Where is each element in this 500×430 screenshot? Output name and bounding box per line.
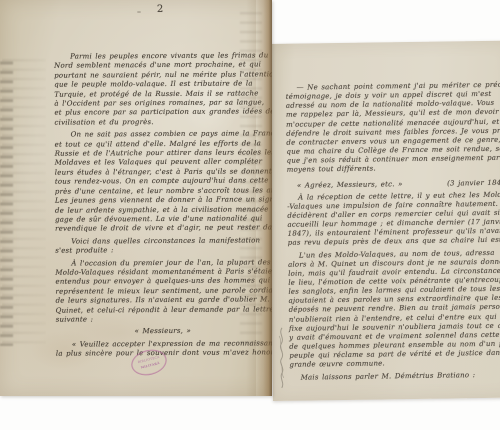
manuscript-page-right: — Ne sachant point comment j'ai pu mérit… [268,41,500,401]
left-page-text: Parmi les peuples encore vivants que les… [54,51,270,359]
right-page-text: — Ne sachant point comment j'ai pu mérit… [286,81,500,383]
manuscript-line: pas revu depuis près de deux ans que sa … [288,236,500,248]
page-edge-shading [246,0,256,396]
manuscript-line: civilisation et du progrès. [54,117,268,128]
manuscript-line: Voici dans quelles circonstances la mani… [55,236,269,247]
manuscript-line: Quinet, et celui-ci répondit à leur dema… [56,305,270,316]
manuscript-line: et plus encore par sa participation aux … [54,108,268,119]
manuscript-page-left: 2 Parmi les peuples encore vivants que l… [0,0,272,396]
paragraph: À la réception de cette lettre, il y eut… [287,190,500,248]
manuscript-line: « Messieurs, » [56,327,270,338]
paragraph: — Ne sachant point comment j'ai pu mérit… [286,81,500,176]
page-edge [256,0,272,396]
paragraph: « Agréez, Messieurs, etc. »(3 janvier 18… [287,178,500,189]
margin-scribble [276,326,289,390]
scanned-manuscript: — Ne sachant point comment j'ai pu mérit… [0,0,500,430]
paragraph: À l'occasion du premier jour de l'an, la… [55,258,269,325]
letter-date: (3 janvier 1847) [447,178,500,187]
manuscript-line: grande œuvre commune. [289,358,500,370]
manuscript-line: suivante : [56,314,270,325]
manuscript-line: revendique le droit de vivre et d'agir, … [55,224,269,235]
paragraph: Mais laissons parler M. Démétrius Bratia… [290,370,500,382]
pencil-mark [137,11,141,13]
manuscript-line: s'est produite : [55,245,269,256]
paragraph: Voici dans quelles circonstances la mani… [55,236,269,256]
closing-formula: « Agréez, Messieurs, etc. » [297,180,403,189]
manuscript-line: Mais laissons parler M. Démétrius Bratia… [290,370,500,382]
paragraph: On ne sait pas assez combien ce pays aim… [55,130,270,235]
manuscript-line: moyens tout différents. [287,163,500,175]
paragraph: Parmi les peuples encore vivants que les… [54,51,268,128]
paragraph: « Messieurs, » [56,327,270,338]
ink-bleedthrough-left-edge [0,58,13,346]
page-number: 2 [150,4,170,15]
paragraph: L'un des Moldo-Valaques, au nom de tous,… [288,248,500,370]
